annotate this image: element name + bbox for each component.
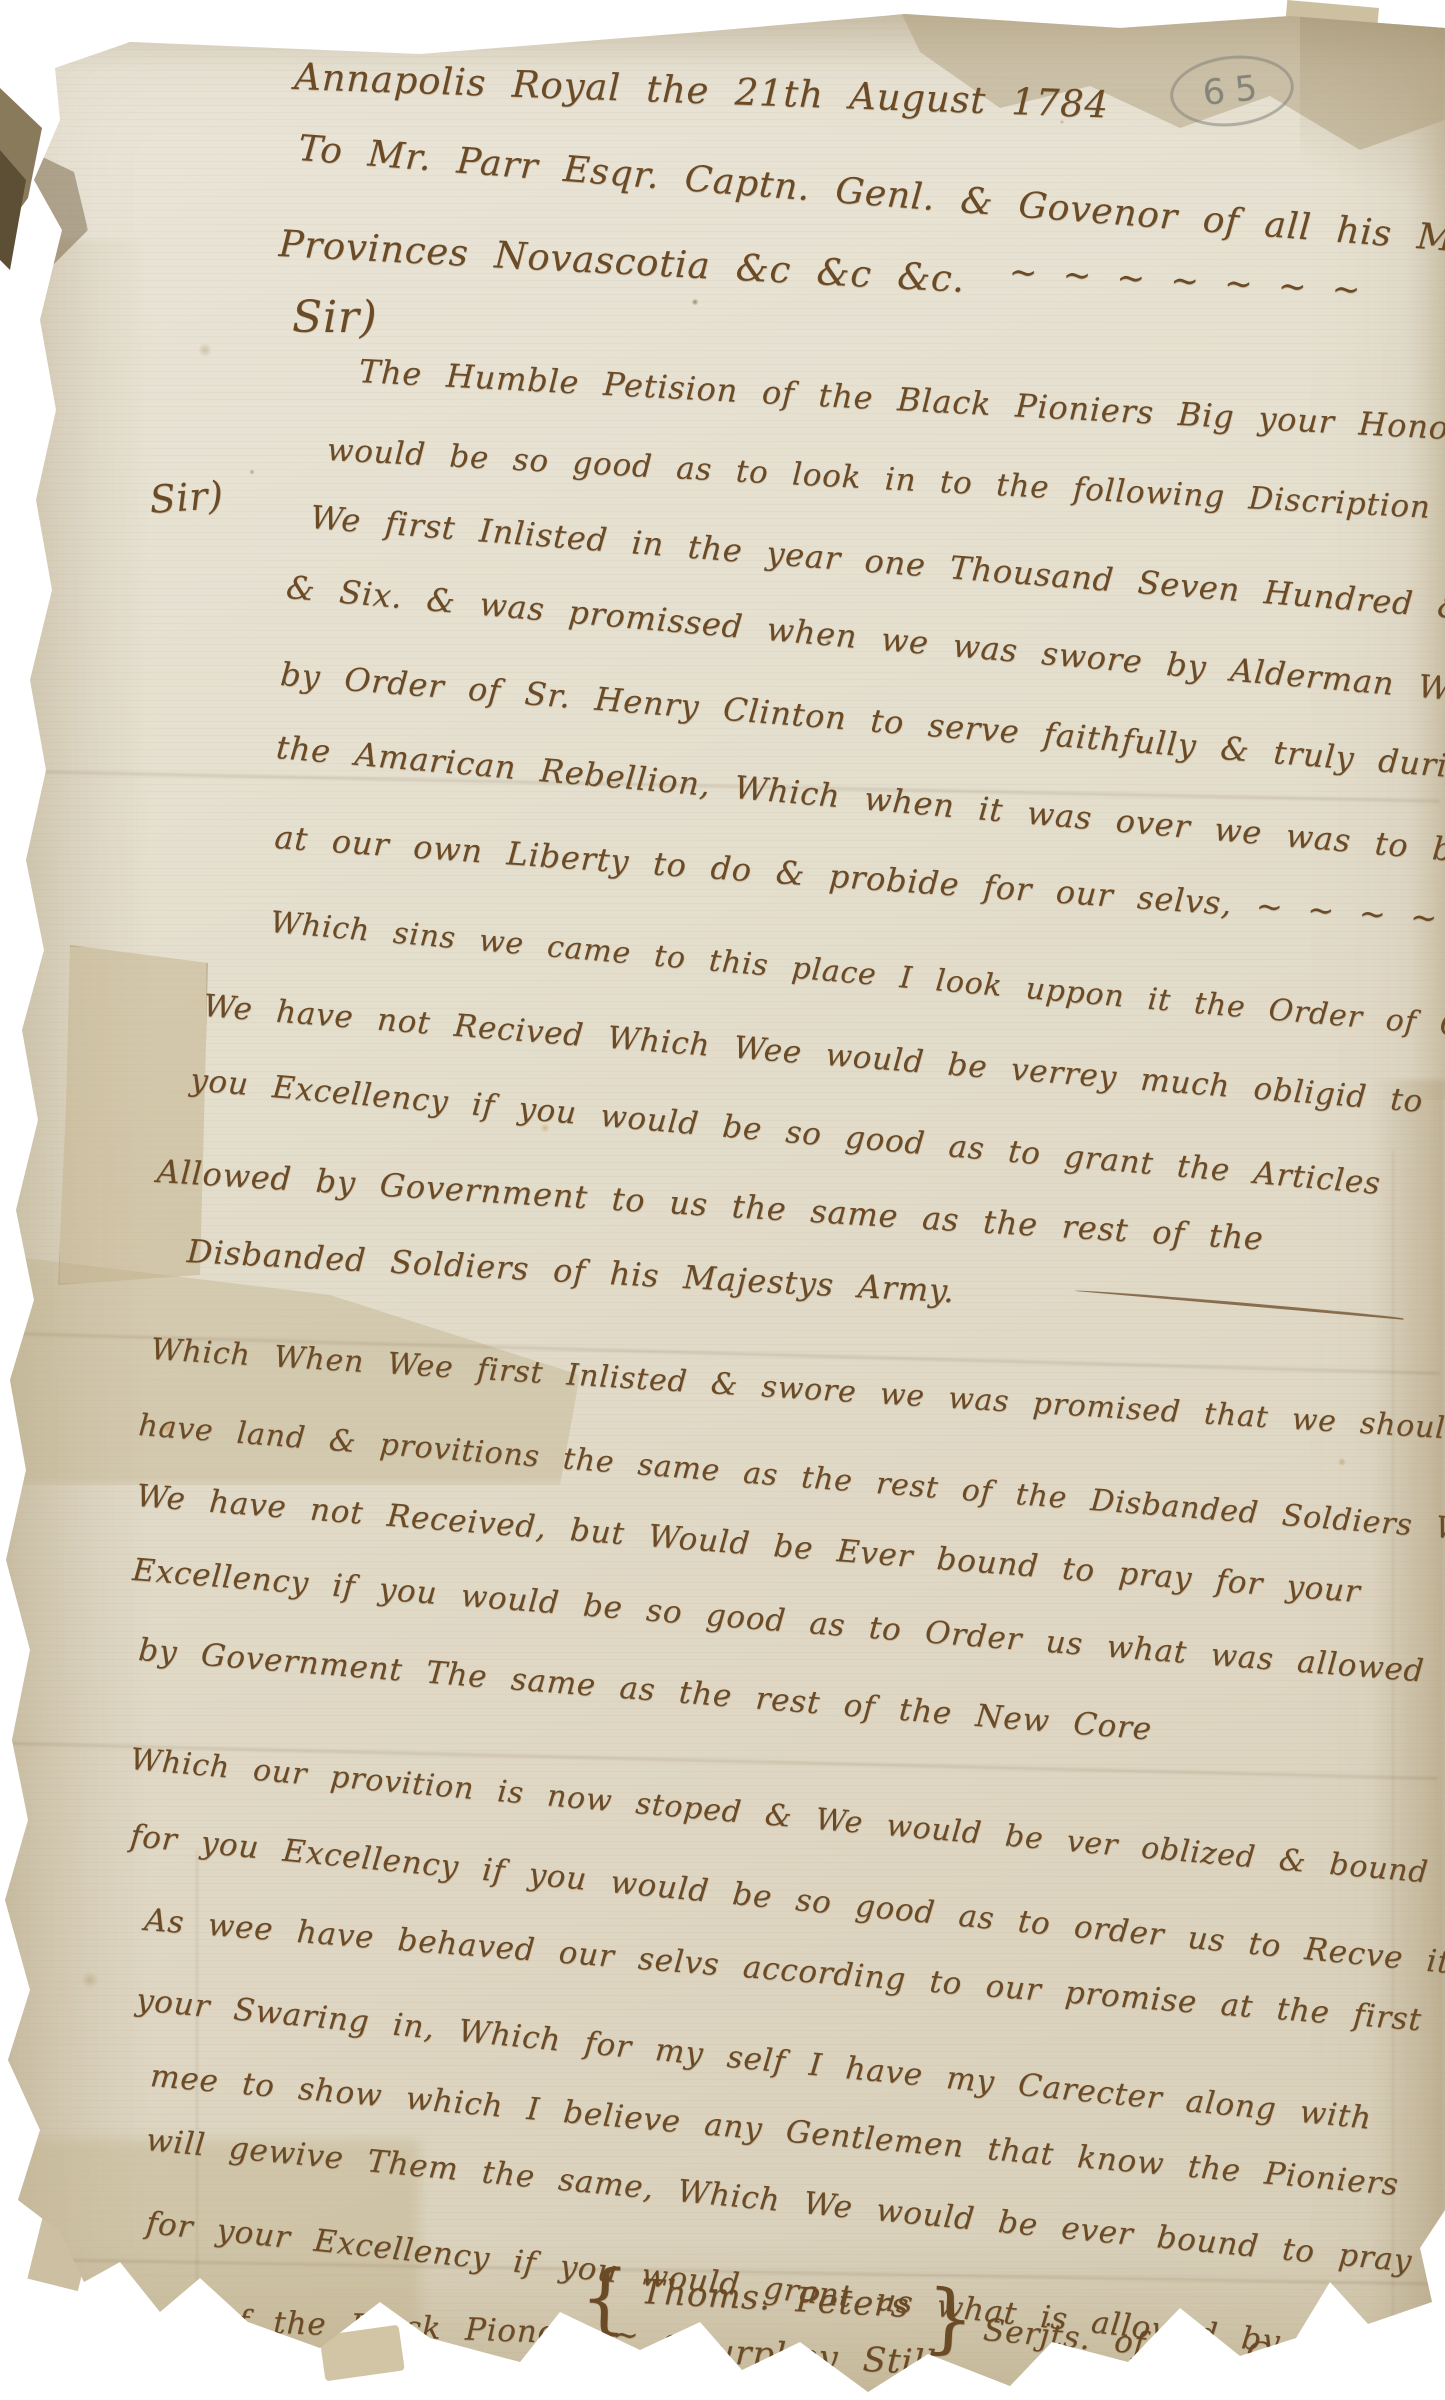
signature-brace-open: {: [579, 2252, 631, 2343]
paper-sheet: Annapolis Royal the 21th August 1784 To …: [0, 0, 1445, 2400]
torn-fragment: [0, 150, 26, 270]
scan-background: Annapolis Royal the 21th August 1784 To …: [0, 0, 1445, 2400]
salutation: Sir): [292, 292, 378, 343]
page-number: 65: [1195, 67, 1269, 114]
torn-fragment: [0, 88, 42, 236]
signature-brace-close: }: [923, 2272, 977, 2363]
margin-salutation: Sir): [148, 473, 225, 522]
